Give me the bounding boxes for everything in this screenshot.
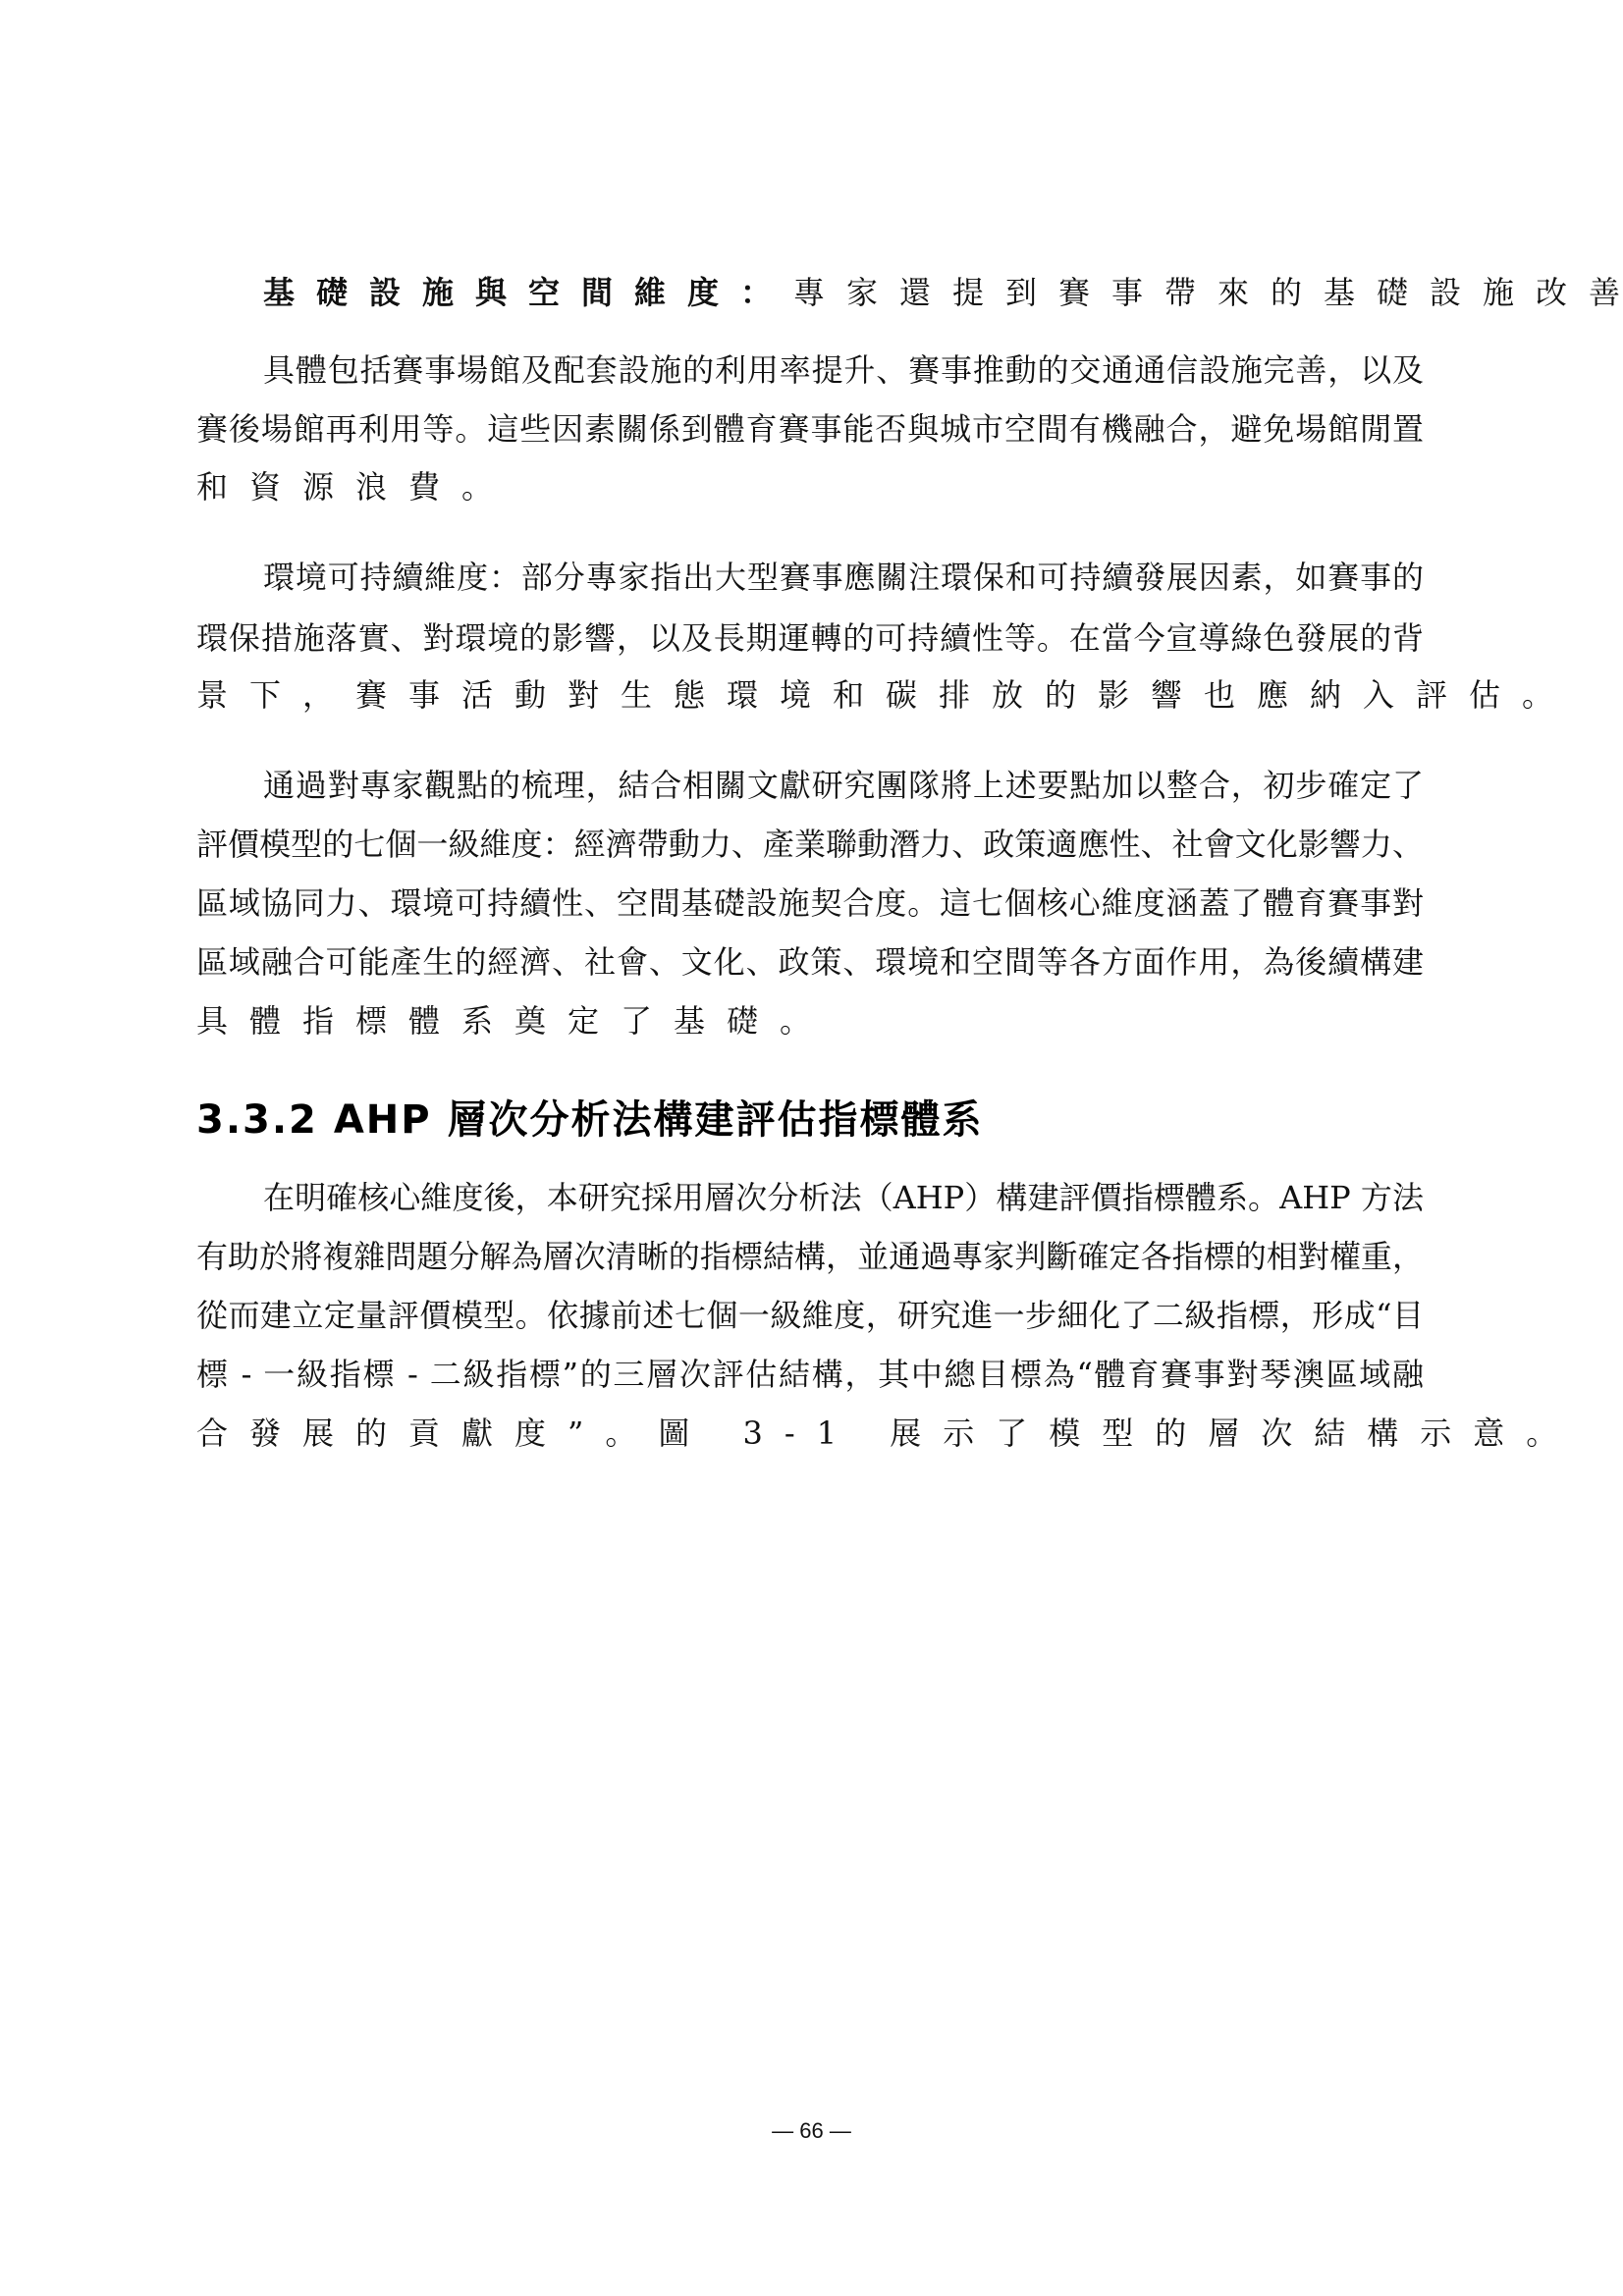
paragraph-ahp-line-5: 合發展的貢獻度”。圖 3-1 展示了模型的層次結構示意。: [196, 1414, 1424, 1453]
paragraph-ahp-line-3: 從而建立定量評價模型。依據前述七個一級維度，研究進一步細化了二級指標，形成“目: [196, 1296, 1424, 1335]
paragraph-summary-line-5: 具體指標體系奠定了基礎。: [196, 1001, 1424, 1041]
paragraph-environment-line-1: 環境可持續維度：部分專家指出大型賽事應關注環保和可持續發展因素，如賽事的: [263, 558, 1424, 597]
paragraph-infrastructure-line-1: 基礎設施與空間維度：專家還提到賽事帶來的基礎設施改善和空間聯動效應。: [263, 273, 1424, 312]
paragraph-summary-line-1: 通過對專家觀點的梳理，結合相關文獻研究團隊將上述要點加以整合，初步確定了: [263, 766, 1424, 805]
page-number: — 66 —: [0, 2118, 1623, 2144]
paragraph-ahp-line-4: 標 - 一級指標 - 二級指標”的三層次評估結構，其中總目標為“體育賽事對琴澳區…: [196, 1355, 1424, 1394]
document-page: 基礎設施與空間維度：專家還提到賽事帶來的基礎設施改善和空間聯動效應。 具體包括賽…: [0, 0, 1623, 2296]
paragraph-summary-line-2: 評價模型的七個一級維度：經濟帶動力、產業聯動潛力、政策適應性、社會文化影響力、: [196, 825, 1424, 864]
bold-lead-infrastructure: 基礎設施與空間維度：: [263, 274, 793, 311]
paragraph-text: 專家還提到賽事帶來的基礎設施改善和空間聯動效應。: [793, 274, 1623, 311]
paragraph-summary-line-4: 區域融合可能產生的經濟、社會、文化、政策、環境和空間等各方面作用，為後續構建: [196, 942, 1424, 982]
paragraph-ahp-line-1: 在明確核心維度後，本研究採用層次分析法（AHP）構建評價指標體系。AHP 方法: [263, 1178, 1424, 1217]
paragraph-infrastructure-detail-line-1: 具體包括賽事場館及配套設施的利用率提升、賽事推動的交通通信設施完善，以及: [263, 350, 1424, 390]
paragraph-infrastructure-detail-line-2: 賽後場館再利用等。這些因素關係到體育賽事能否與城市空間有機融合，避免場館閒置: [196, 409, 1424, 449]
paragraph-ahp-line-2: 有助於將複雜問題分解為層次清晰的指標結構，並通過專家判斷確定各指標的相對權重，: [196, 1237, 1424, 1276]
paragraph-summary-line-3: 區域協同力、環境可持續性、空間基礎設施契合度。這七個核心維度涵蓋了體育賽事對: [196, 883, 1424, 923]
paragraph-environment-line-3: 景下，賽事活動對生態環境和碳排放的影響也應納入評估。: [196, 675, 1424, 715]
section-heading: 3.3.2 AHP 層次分析法構建評估指標體系: [196, 1097, 984, 1143]
paragraph-environment-line-2: 環保措施落實、對環境的影響，以及長期運轉的可持續性等。在當今宣導綠色發展的背: [196, 618, 1424, 658]
paragraph-infrastructure-detail-line-3: 和資源浪費。: [196, 467, 1424, 507]
